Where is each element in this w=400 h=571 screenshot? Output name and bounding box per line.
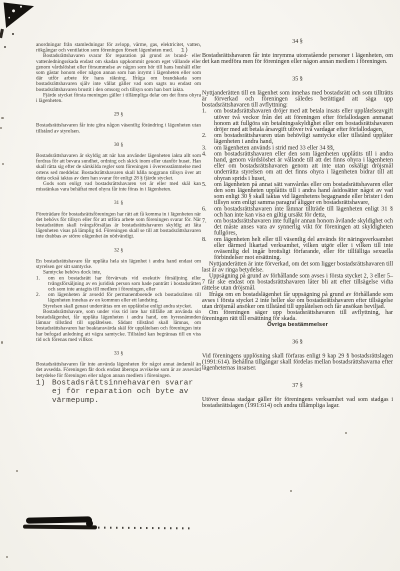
- list-item-text: om lägenheten är avsedd för permanentboe…: [48, 292, 201, 303]
- list-item-text: om bostadsrättshavaren utan behövligt sa…: [214, 132, 393, 145]
- list-item-text: om en bostadsrätt har förvärvats vid exe…: [48, 275, 201, 292]
- paragraph-fire-damage: Bostadsrättshavaren svarar för reparatio…: [36, 53, 201, 92]
- speck: [345, 432, 347, 434]
- ink-blot: [86, 520, 93, 527]
- list-item-text: om lägenheten helt eller till väsentlig …: [214, 235, 393, 260]
- speck: [4, 46, 6, 48]
- section-heading-33: 33 §: [36, 350, 201, 356]
- list-item: 2.om lägenheten är avsedd för permanentb…: [36, 292, 201, 303]
- list-item: 1.om bostadsrättshavaren dröjer med att …: [202, 108, 393, 132]
- paragraph-31: Företrädare för bostadsrättsföreningen h…: [36, 211, 201, 239]
- speck: [16, 470, 18, 472]
- paragraph-37: Utöver dessa stadgar gäller för förening…: [202, 396, 393, 408]
- section-heading-30: 30 §: [36, 142, 201, 148]
- list-item: 5.om lägenheten på annat sätt vanvårdas …: [202, 181, 393, 205]
- corner-fold-artifact: [3, 2, 34, 28]
- section-heading-31: 31 §: [36, 200, 201, 206]
- paragraph-36: Vid föreningens upplösning skall förfara…: [202, 352, 393, 370]
- right-column: 34 § Bostadsrättshavaren får inte inrymm…: [202, 27, 393, 408]
- paragraph-33: Bostadsrättshavaren får inte använda läg…: [36, 362, 201, 379]
- speck: [1, 341, 3, 344]
- subsection-heading-other-provisions: Övriga bestämmelser: [202, 321, 393, 327]
- list-item-text: om bostadsrättshavaren inte fullgör anna…: [214, 217, 393, 236]
- list-item: 7.om bostadsrättshavaren inte fullgör an…: [202, 218, 393, 236]
- list-item-number: 1.: [36, 275, 48, 281]
- section-heading-32: 32 §: [36, 247, 201, 253]
- edge-mark-artifact: [0, 29, 4, 38]
- paragraph-text: anordningar från stamledningar för avlop…: [36, 42, 201, 53]
- paragraph-32: En bostadsrättshavare får upplåta hela s…: [36, 258, 201, 269]
- list-item: 6.om bostadsrättshavaren inte lämnar til…: [202, 205, 393, 217]
- section-heading-36: 36 §: [202, 338, 393, 344]
- paragraph-35-termination: Uppsägning på grund av förhållande som a…: [202, 272, 393, 290]
- scanned-document-page: anordningar från stamledningar för avlop…: [0, 0, 400, 571]
- speck: [6, 556, 8, 558]
- speck: [1, 117, 4, 119]
- paragraph-28-continuation: anordningar från stamledningar för avlop…: [36, 42, 201, 53]
- paragraph-fourth-clause: Fjärde stycket första meningen gäller i …: [36, 92, 201, 103]
- typed-annotation-marker: 1): [36, 378, 52, 387]
- paragraph-30-goods: Gods som enligt vad bostadsrättshavaren …: [36, 181, 201, 192]
- section-heading-34: 34 §: [202, 38, 393, 44]
- list-item-number: 6.: [202, 205, 214, 211]
- paragraph-35-compensation: Om föreningen säger upp bostadsrättshava…: [202, 309, 393, 321]
- paragraph-34: Bostadsrättshavaren får inte inrymma uto…: [202, 52, 393, 64]
- list-item-text: om bostadsrättshavaren dröjer med att be…: [214, 107, 393, 132]
- speck: [290, 490, 292, 492]
- paragraph-35-not-forfeited: Nyttjanderätten är inte förverkad, om de…: [202, 260, 393, 272]
- paragraph-29: Bostadsrättshavaren får inte göra någon …: [36, 123, 201, 134]
- section-heading-35: 35 §: [202, 75, 393, 81]
- list-item-number: 1.: [202, 108, 214, 114]
- list-item-text: om bostadsrättshavaren eller den som läg…: [214, 150, 393, 181]
- ink-smudge: [26, 516, 92, 523]
- ink-dotted-trail: [98, 527, 194, 530]
- paragraph-35-intro: Nyttjanderätten till en lägenhet som inn…: [202, 89, 393, 107]
- section-heading-37: 37 §: [202, 382, 393, 388]
- speck: [2, 163, 4, 165]
- list-item-number: 4.: [202, 150, 214, 156]
- list-item-number: 2.: [36, 292, 48, 298]
- list-item-number: 5.: [202, 181, 214, 187]
- left-column: anordningar från stamledningar för avlop…: [36, 42, 201, 405]
- paragraph-35-residential: Ifråga om en bostadslägenhet får uppsägn…: [202, 291, 393, 309]
- list-item: 2.om bostadsrättshavaren utan behövligt …: [202, 132, 393, 144]
- list-item: 8.om lägenheten helt eller till väsentli…: [202, 236, 393, 260]
- list-item: 1.om en bostadsrätt har förvärvats vid e…: [36, 275, 201, 292]
- typed-annotation: 1)Bostadsrättsinnehavaren svarar ej för …: [36, 378, 201, 404]
- list-item: 4.om bostadsrättshavaren eller den som l…: [202, 150, 393, 181]
- list-item-text: om lägenheten på annat sätt vanvårdas el…: [214, 180, 393, 205]
- speck: [0, 127, 2, 129]
- typed-annotation-text: Bostadsrättsinnehavaren svarar ej för re…: [52, 378, 193, 405]
- list-item-number: 2.: [202, 132, 214, 138]
- speck: [12, 33, 14, 35]
- list-item-number: 8.: [202, 236, 214, 242]
- list-item-number: 7.: [202, 218, 214, 224]
- paragraph-32-sublet: Bostadsrättshavare, som under viss tid i…: [36, 309, 201, 343]
- section-heading-29: 29 §: [36, 112, 201, 118]
- paragraph-30: Bostadsrättshavaren är skyldig att när h…: [36, 153, 201, 181]
- list-item-text: om bostadsrättshavaren inte lämnar tillt…: [214, 205, 393, 218]
